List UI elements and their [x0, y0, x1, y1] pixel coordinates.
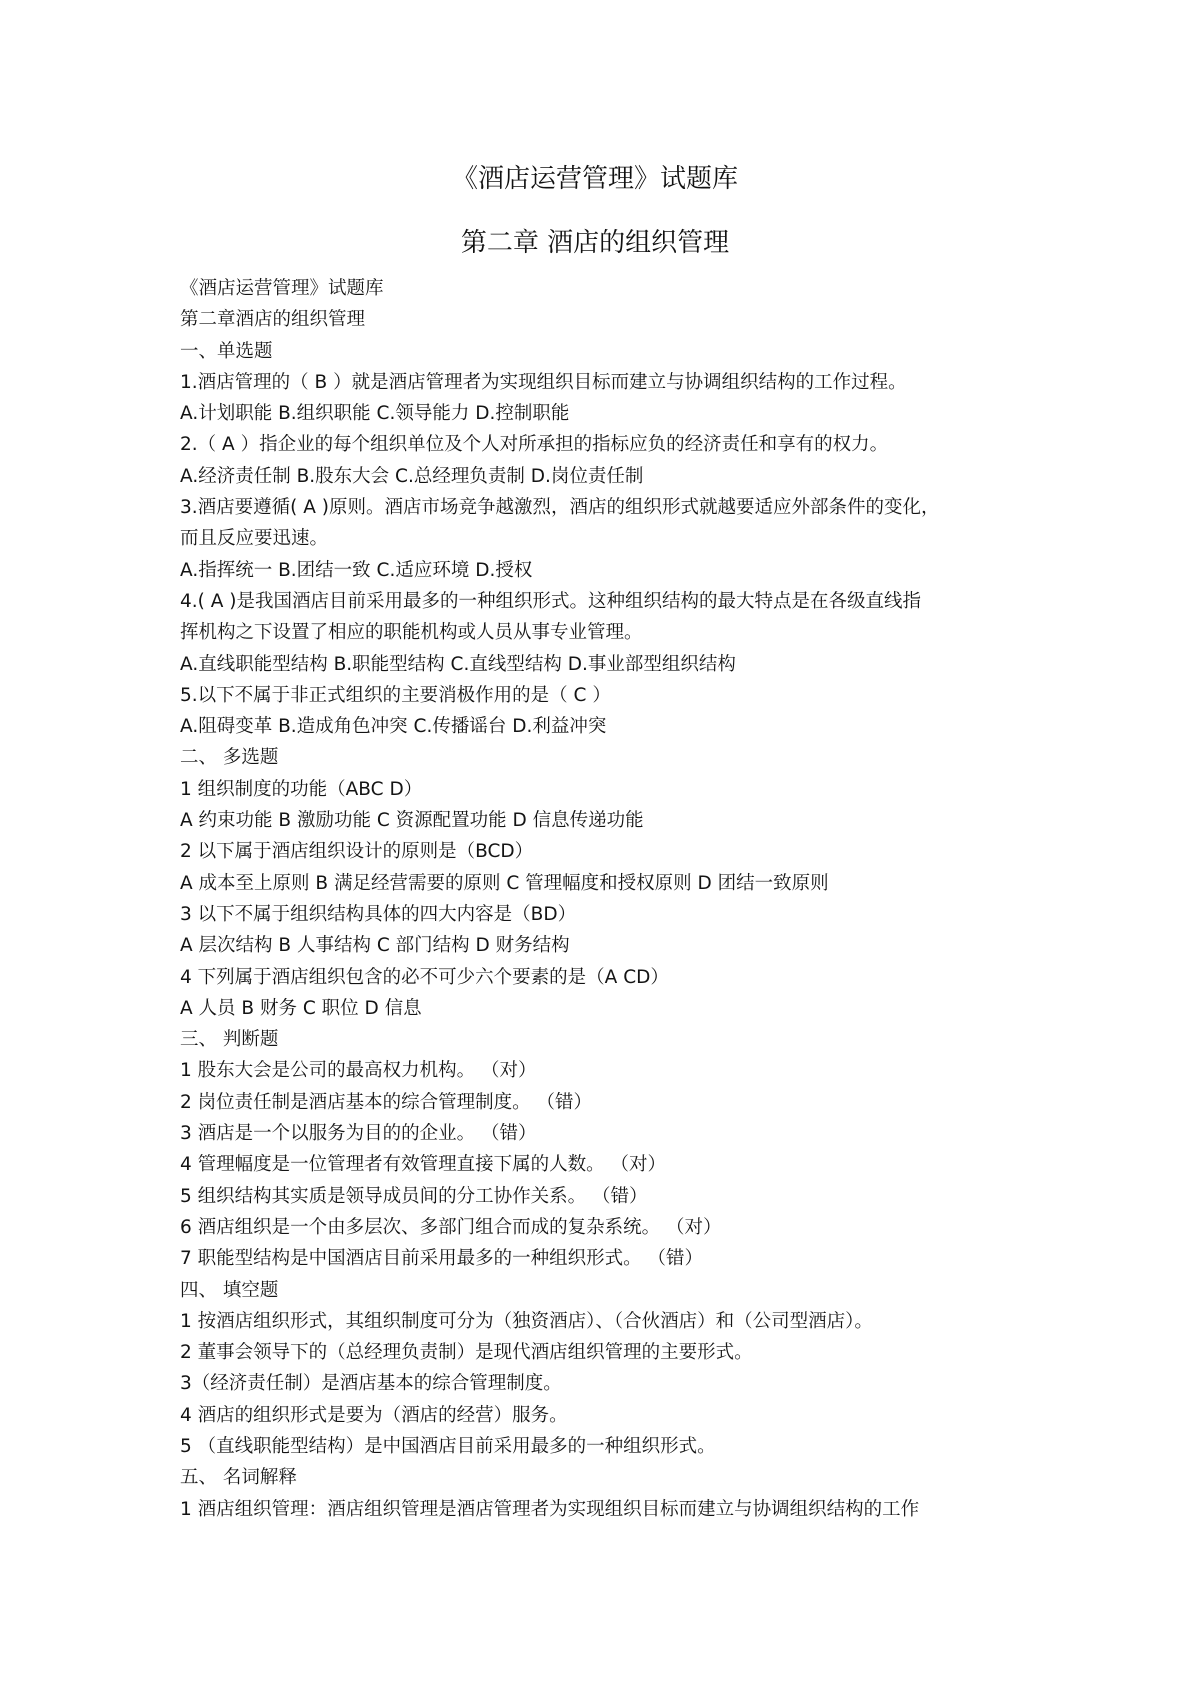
- fill-blank-line: 4 酒店的组织形式是要为（酒店的经营）服务。: [180, 1400, 1040, 1431]
- question-line: 4.( A )是我国酒店目前采用最多的一种组织形式。这种组织结构的最大特点是在各…: [180, 586, 1040, 617]
- question-line: 2 以下属于酒店组织设计的原则是（BCD）: [180, 836, 1040, 867]
- question-line: 而且反应要迅速。: [180, 523, 1040, 554]
- options-line: A 成本至上原则 B 满足经营需要的原则 C 管理幅度和授权原则 D 团结一致原…: [180, 868, 1040, 899]
- document-title: 《酒店运营管理》试题库: [0, 158, 1190, 195]
- judgment-line: 3 酒店是一个以服务为目的的企业。 （错）: [180, 1118, 1040, 1149]
- question-line: 2.（ A ）指企业的每个组织单位及个人对所承担的指标应负的经济责任和享有的权力…: [180, 429, 1040, 460]
- options-line: A.经济责任制 B.股东大会 C.总经理负责制 D.岗位责任制: [180, 461, 1040, 492]
- question-line: 1.酒店管理的（ B ）就是酒店管理者为实现组织目标而建立与协调组织结构的工作过…: [180, 367, 1040, 398]
- fill-blank-line: 2 董事会领导下的（总经理负责制）是现代酒店组织管理的主要形式。: [180, 1337, 1040, 1368]
- judgment-line: 4 管理幅度是一位管理者有效管理直接下属的人数。 （对）: [180, 1149, 1040, 1180]
- judgment-line: 1 股东大会是公司的最高权力机构。 （对）: [180, 1055, 1040, 1086]
- fill-blank-line: 5 （直线职能型结构）是中国酒店目前采用最多的一种组织形式。: [180, 1431, 1040, 1462]
- fill-blank-line: 1 按酒店组织形式，其组织制度可分为（独资酒店）、（合伙酒店）和（公司型酒店）。: [180, 1306, 1040, 1337]
- section-heading: 五、 名词解释: [180, 1462, 1040, 1493]
- section-heading: 三、 判断题: [180, 1024, 1040, 1055]
- options-line: A 约束功能 B 激励功能 C 资源配置功能 D 信息传递功能: [180, 805, 1040, 836]
- options-line: A.直线职能型结构 B.职能型结构 C.直线型结构 D.事业部型组织结构: [180, 649, 1040, 680]
- document-body: 《酒店运营管理》试题库 第二章酒店的组织管理 一、单选题 1.酒店管理的（ B …: [180, 273, 1040, 1525]
- options-line: A.阻碍变革 B.造成角色冲突 C.传播谣台 D.利益冲突: [180, 711, 1040, 742]
- text-line: 第二章酒店的组织管理: [180, 304, 1040, 335]
- options-line: A.指挥统一 B.团结一致 C.适应环境 D.授权: [180, 555, 1040, 586]
- judgment-line: 5 组织结构其实质是领导成员间的分工协作关系。 （错）: [180, 1181, 1040, 1212]
- judgment-line: 2 岗位责任制是酒店基本的综合管理制度。 （错）: [180, 1087, 1040, 1118]
- question-line: 4 下列属于酒店组织包含的必不可少六个要素的是（A CD）: [180, 962, 1040, 993]
- question-line: 挥机构之下设置了相应的职能机构或人员从事专业管理。: [180, 617, 1040, 648]
- judgment-line: 6 酒店组织是一个由多层次、多部门组合而成的复杂系统。 （对）: [180, 1212, 1040, 1243]
- question-line: 5.以下不属于非正式组织的主要消极作用的是（ C ）: [180, 680, 1040, 711]
- text-line: 《酒店运营管理》试题库: [180, 273, 1040, 304]
- document-page: 《酒店运营管理》试题库 第二章 酒店的组织管理 《酒店运营管理》试题库 第二章酒…: [0, 0, 1190, 1683]
- chapter-title: 第二章 酒店的组织管理: [0, 222, 1190, 259]
- judgment-line: 7 职能型结构是中国酒店目前采用最多的一种组织形式。 （错）: [180, 1243, 1040, 1274]
- question-line: 3.酒店要遵循( A )原则。酒店市场竞争越激烈，酒店的组织形式就越要适应外部条…: [180, 492, 1040, 523]
- question-line: 1 组织制度的功能（ABC D）: [180, 774, 1040, 805]
- options-line: A 层次结构 B 人事结构 C 部门结构 D 财务结构: [180, 930, 1040, 961]
- section-heading: 一、单选题: [180, 336, 1040, 367]
- options-line: A 人员 B 财务 C 职位 D 信息: [180, 993, 1040, 1024]
- question-line: 3 以下不属于组织结构具体的四大内容是（BD）: [180, 899, 1040, 930]
- options-line: A.计划职能 B.组织职能 C.领导能力 D.控制职能: [180, 398, 1040, 429]
- fill-blank-line: 3（经济责任制）是酒店基本的综合管理制度。: [180, 1368, 1040, 1399]
- section-heading: 四、 填空题: [180, 1275, 1040, 1306]
- definition-line: 1 酒店组织管理：酒店组织管理是酒店管理者为实现组织目标而建立与协调组织结构的工…: [180, 1494, 1040, 1525]
- section-heading: 二、 多选题: [180, 742, 1040, 773]
